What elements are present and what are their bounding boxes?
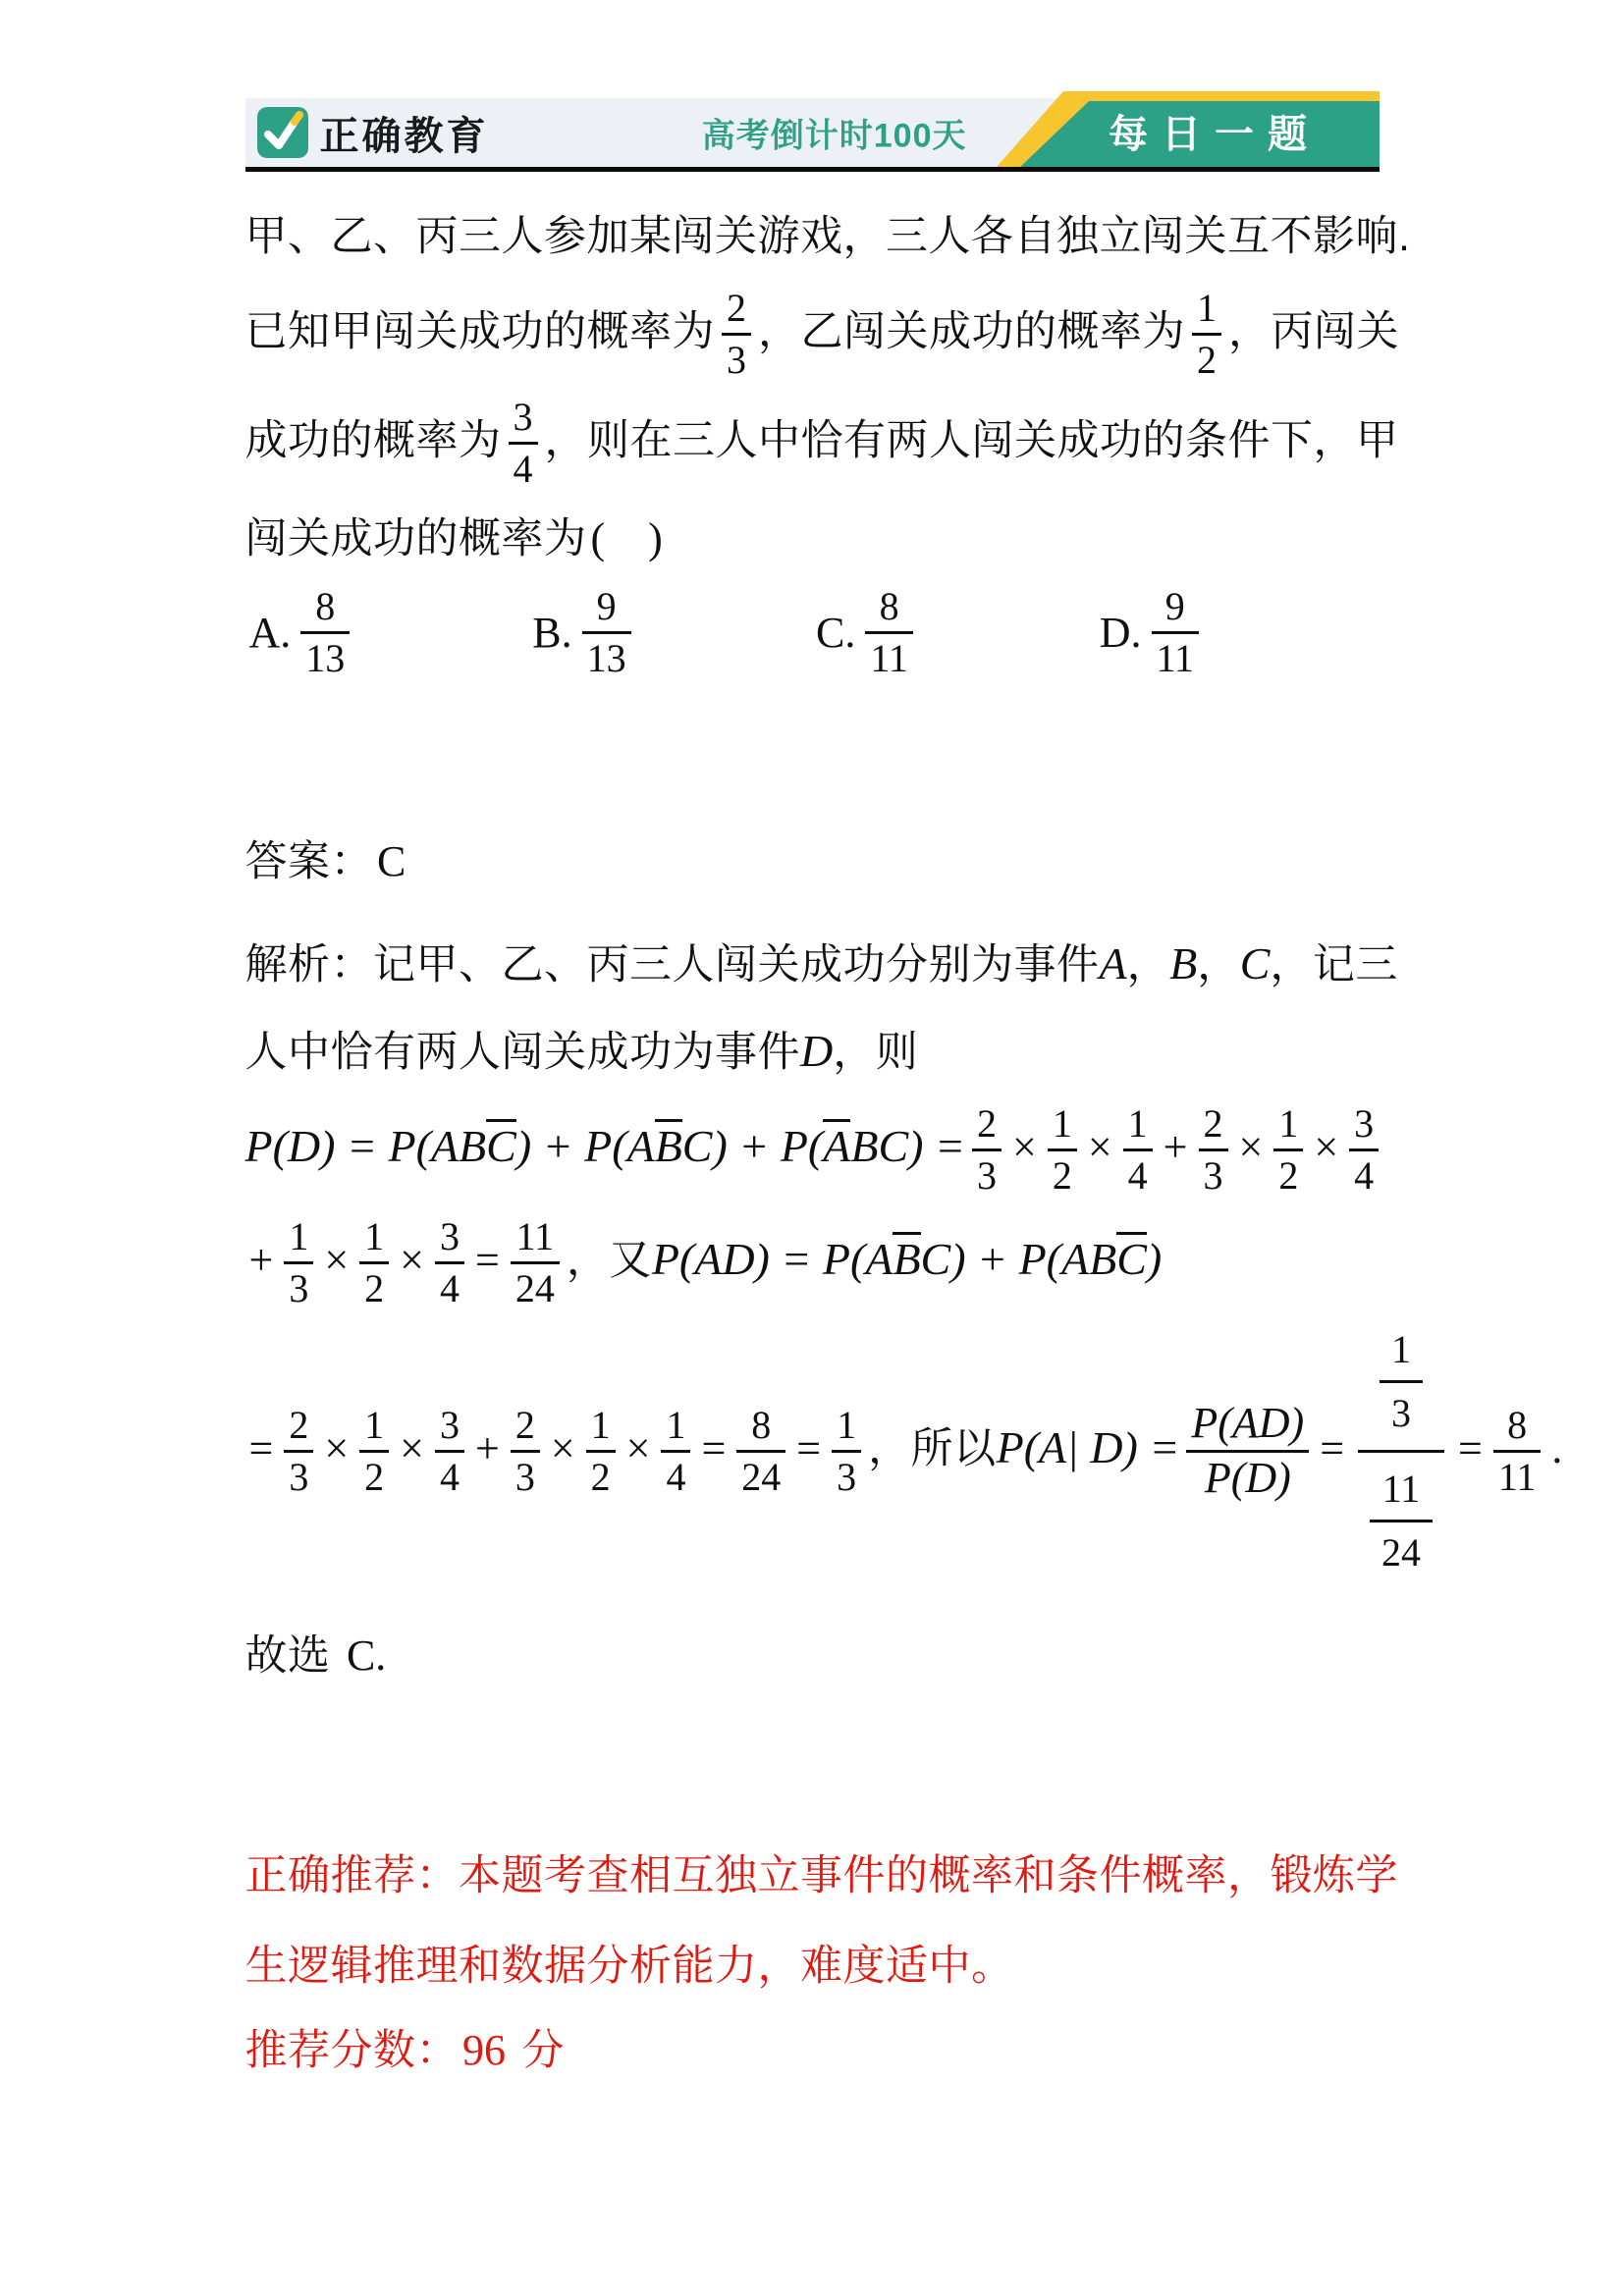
fraction: 12 [1048, 1099, 1077, 1201]
fraction-denominator: 4 [509, 445, 538, 494]
fraction: 34 [509, 393, 538, 494]
fraction-numerator: 13 [1358, 1313, 1444, 1453]
fraction-numerator: P(AD) [1186, 1398, 1309, 1453]
fraction-denominator: 11 [1152, 634, 1200, 683]
math-roman-run: + [1164, 1123, 1188, 1171]
fraction: 23 [511, 1401, 540, 1502]
page-column: 正确教育 高考倒计时100天 每日一题 甲、乙、丙三人参加某闯关游戏，三人各自独… [245, 0, 1380, 2082]
fraction-numerator: 1 [832, 1401, 861, 1453]
overbar-term: B [655, 1119, 682, 1169]
overbar-term: C [1116, 1232, 1147, 1282]
fraction-denominator: 24 [1370, 1522, 1433, 1583]
math-roman-run: = [701, 1424, 726, 1472]
fraction-numerator: 2 [722, 284, 751, 336]
checkmark-logo-icon [257, 107, 308, 158]
fraction-denominator: 3 [284, 1453, 313, 1502]
text-run: ，记三 [1270, 941, 1398, 988]
fraction: 811 [865, 582, 913, 683]
fraction: 1124 [511, 1212, 560, 1313]
fraction: 131124 [1358, 1313, 1444, 1589]
fraction: 824 [736, 1401, 785, 1502]
fraction-denominator: 24 [511, 1264, 560, 1313]
math-italic-run: P(AD) = P(A [652, 1234, 893, 1284]
math-roman-run: × [626, 1424, 651, 1472]
fraction-numerator: 11 [511, 1212, 560, 1264]
overbar-term: B [893, 1232, 920, 1282]
fraction-denominator: 4 [435, 1264, 464, 1313]
math-roman-run: A. [249, 608, 292, 658]
math-italic-run: P(A| D) = [997, 1422, 1180, 1472]
fraction-denominator: 11 [1493, 1453, 1542, 1502]
brand-name: 正确教育 [320, 105, 489, 161]
overbar-term: C [486, 1119, 516, 1169]
fraction-denominator: 1124 [1358, 1453, 1444, 1589]
math-italic-run: ) [1147, 1234, 1162, 1284]
text-run: 已知甲闯关成功的概率为 [245, 308, 716, 355]
fraction: 12 [359, 1401, 389, 1502]
text-run: 闯关成功的概率为 [245, 515, 587, 562]
recommend-line-1: 正确推荐：本题考查相互独立事件的概率和条件概率，锻炼学 [245, 1844, 1380, 1907]
text-run: 故选 [245, 1632, 343, 1680]
fraction: 34 [435, 1212, 464, 1313]
math-italic-run: C [1240, 938, 1271, 988]
text-run: 分 [510, 2027, 565, 2074]
fraction-numerator: 1 [359, 1212, 389, 1264]
fraction: 12 [586, 1401, 616, 1502]
fraction: 811 [1493, 1401, 1542, 1502]
problem-line-2: 已知甲闯关成功的概率为23，乙闯关成功的概率为12，丙闯关 [245, 284, 1380, 385]
fraction-numerator: 3 [435, 1401, 464, 1453]
fraction-numerator: 2 [972, 1099, 1001, 1151]
fraction: 13 [1380, 1319, 1423, 1444]
fraction-denominator: 3 [511, 1453, 540, 1502]
header-divider [245, 167, 1380, 172]
fraction-denominator: 3 [832, 1453, 861, 1502]
choice-c: C.811 [812, 582, 1096, 683]
fraction: 14 [661, 1401, 690, 1502]
fraction: 12 [1273, 1099, 1303, 1201]
fraction: P(AD)P(D) [1186, 1398, 1309, 1505]
text-run: 生逻辑推理和数据分析能力，难度适中。 [245, 1943, 1014, 1990]
math-roman-run: + [249, 1236, 274, 1284]
math-italic-run: C) + P(AB [921, 1234, 1117, 1284]
fraction: 14 [1123, 1099, 1153, 1201]
fraction-denominator: 11 [865, 634, 913, 683]
math-roman-run: × [1012, 1123, 1037, 1171]
analysis-line-1: 解析：记甲、乙、丙三人闯关成功分别为事件A，B，C，记三 [245, 933, 1380, 996]
fraction: 23 [972, 1099, 1001, 1201]
math-roman-run: . [1551, 1424, 1562, 1472]
problem-line-3: 成功的概率为34，则在三人中恰有两人闯关成功的条件下，甲 [245, 393, 1380, 494]
math-italic-run: A [1100, 938, 1127, 988]
fraction: 23 [722, 284, 751, 385]
text-run: ，所以 [868, 1425, 997, 1472]
fraction: 913 [582, 582, 631, 683]
fraction-numerator: 2 [284, 1401, 313, 1453]
fraction: 12 [359, 1212, 389, 1313]
math-roman-run: = [1458, 1424, 1483, 1472]
fraction-denominator: 13 [300, 634, 350, 683]
fraction-denominator: P(D) [1186, 1453, 1309, 1505]
fraction-numerator: 8 [1493, 1401, 1542, 1453]
fraction: 813 [300, 582, 350, 683]
countdown-text: 高考倒计时100天 [702, 109, 967, 157]
daily-question-page: { "colors":{"green":"#2ca186","yellow":"… [0, 0, 1624, 2296]
fraction-numerator: 9 [582, 582, 631, 634]
math-roman-run: × [400, 1236, 424, 1284]
fraction-denominator: 4 [435, 1453, 464, 1502]
math-roman-run: × [1088, 1123, 1112, 1171]
formula-line-1: P(D) = P(ABC) + P(ABC) + P(ABC) =23×12×1… [245, 1099, 1380, 1201]
fraction-denominator: 2 [1048, 1151, 1077, 1201]
math-roman-run: × [400, 1424, 424, 1472]
math-roman-run: B. [532, 608, 571, 658]
fraction-denominator: 3 [722, 336, 751, 385]
text-run: 正确推荐：本题考查相互独立事件的概率和条件概率，锻炼学 [245, 1852, 1399, 1899]
fraction-denominator: 24 [736, 1453, 785, 1502]
fraction-denominator: 3 [1380, 1383, 1423, 1444]
fraction: 34 [1349, 1099, 1379, 1201]
fraction-denominator: 4 [1349, 1151, 1379, 1201]
text-run: 成功的概率为 [245, 417, 502, 464]
text-run: 推荐分数： [245, 2027, 460, 2074]
problem-line-1: 甲、乙、丙三人参加某闯关游戏，三人各自独立闯关互不影响. [245, 205, 1380, 268]
math-italic-run: ) + P(A [516, 1121, 655, 1171]
fraction-numerator: 3 [509, 393, 538, 445]
fraction-numerator: 1 [284, 1212, 313, 1264]
text-run: ，又 [567, 1237, 652, 1284]
fraction-numerator: 1 [359, 1401, 389, 1453]
text-run: ，丙闯关 [1228, 308, 1399, 355]
fraction-denominator: 3 [1199, 1151, 1228, 1201]
math-roman-run: C [377, 837, 406, 885]
math-italic-run: C) + P( [682, 1121, 823, 1171]
answer-line: 答案：C [245, 830, 1380, 893]
math-roman-run: × [324, 1236, 349, 1284]
math-italic-run: B [1169, 938, 1197, 988]
math-roman-run: = [1320, 1424, 1344, 1472]
math-italic-run: P(D) = P(AB [245, 1121, 487, 1171]
math-roman-run: = [249, 1424, 274, 1472]
fraction-numerator: 1 [1048, 1099, 1077, 1151]
fraction: 12 [1192, 284, 1221, 385]
formula-line-2: +13×12×34=1124，又P(AD) = P(ABC) + P(ABC) [245, 1212, 1380, 1313]
fraction-numerator: 1 [1123, 1099, 1153, 1151]
text-run: ，乙闯关成功的概率为 [758, 308, 1185, 355]
analysis-line-2: 人中恰有两人闯关成功为事件D，则 [245, 1020, 1380, 1084]
math-roman-run: × [551, 1424, 575, 1472]
math-roman-run: × [1239, 1123, 1264, 1171]
text-run: 人中恰有两人闯关成功为事件 [245, 1029, 801, 1076]
fraction: 23 [1199, 1099, 1228, 1201]
fraction-denominator: 2 [1273, 1151, 1303, 1201]
fraction: 13 [832, 1401, 861, 1502]
math-roman-run: C. [816, 608, 855, 658]
fraction-numerator: 8 [736, 1401, 785, 1453]
fraction-numerator: 1 [1192, 284, 1221, 336]
math-roman-run: C. [347, 1631, 386, 1680]
choice-b: B.913 [528, 582, 812, 683]
math-roman-run: 96 [462, 2026, 506, 2074]
fraction: 23 [284, 1401, 313, 1502]
recommend-line-2: 生逻辑推理和数据分析能力，难度适中。 [245, 1935, 1380, 1998]
math-roman-run: = [796, 1424, 821, 1472]
choice-d: D.911 [1096, 582, 1380, 683]
text-run: ，则 [833, 1029, 918, 1076]
math-roman-run: ( ) [591, 514, 663, 562]
fraction-denominator: 4 [1123, 1151, 1153, 1201]
fraction-numerator: 8 [865, 582, 913, 634]
text-run: 甲、乙、丙三人参加某闯关游戏，三人各自独立闯关互不影响. [245, 213, 1411, 260]
fraction-numerator: 11 [1370, 1459, 1433, 1522]
fraction-numerator: 2 [1199, 1099, 1228, 1151]
header-bar: 正确教育 高考倒计时100天 每日一题 [245, 98, 1380, 167]
math-roman-run: + [475, 1424, 500, 1472]
problem-line-4: 闯关成功的概率为( ) [245, 507, 1380, 570]
fraction-denominator: 4 [661, 1453, 690, 1502]
choice-a: A.813 [245, 582, 529, 683]
fraction-numerator: 9 [1152, 582, 1200, 634]
fraction: 1124 [1370, 1459, 1433, 1583]
daily-question-badge: 每日一题 [995, 91, 1380, 167]
fraction-numerator: 1 [1273, 1099, 1303, 1151]
text-run: ， [1127, 941, 1170, 988]
fraction: 911 [1152, 582, 1200, 683]
fraction-numerator: 8 [300, 582, 350, 634]
fraction-numerator: 3 [435, 1212, 464, 1264]
text-run: 解析：记甲、乙、丙三人闯关成功分别为事件 [245, 941, 1100, 988]
fraction: 34 [435, 1401, 464, 1502]
badge-label: 每日一题 [1109, 113, 1321, 156]
fraction-numerator: 2 [511, 1401, 540, 1453]
fraction-numerator: 3 [1349, 1099, 1379, 1151]
fraction-denominator: 2 [586, 1453, 616, 1502]
fraction-denominator: 3 [972, 1151, 1001, 1201]
fraction-denominator: 3 [284, 1264, 313, 1313]
conclusion-line: 故选 C. [245, 1625, 1380, 1687]
fraction-numerator: 1 [661, 1401, 690, 1453]
fraction-denominator: 13 [582, 634, 631, 683]
fraction-denominator: 2 [359, 1264, 389, 1313]
text-run: ，则在三人中恰有两人闯关成功的条件下，甲 [545, 417, 1399, 464]
fraction-numerator: 1 [586, 1401, 616, 1453]
math-italic-run: D [800, 1026, 833, 1076]
fraction: 13 [284, 1212, 313, 1313]
math-roman-run: × [1314, 1123, 1338, 1171]
math-roman-run: D. [1100, 608, 1142, 658]
recommend-score-line: 推荐分数：96 分 [245, 2019, 1380, 2082]
math-italic-run: BC) = [850, 1121, 965, 1171]
math-roman-run: × [324, 1424, 349, 1472]
formula-line-3: =23×12×34+23×12×14=824=13，所以P(A| D) =P(A… [245, 1313, 1380, 1589]
text-run: 答案： [245, 838, 374, 885]
text-run: ， [1197, 941, 1240, 988]
overbar-term: A [823, 1119, 850, 1169]
math-roman-run: = [475, 1236, 500, 1284]
fraction-denominator: 2 [359, 1453, 389, 1502]
fraction-denominator: 2 [1192, 336, 1221, 385]
choices-row: A.813B.913C.811D.911 [245, 582, 1380, 683]
fraction-numerator: 1 [1380, 1319, 1423, 1383]
